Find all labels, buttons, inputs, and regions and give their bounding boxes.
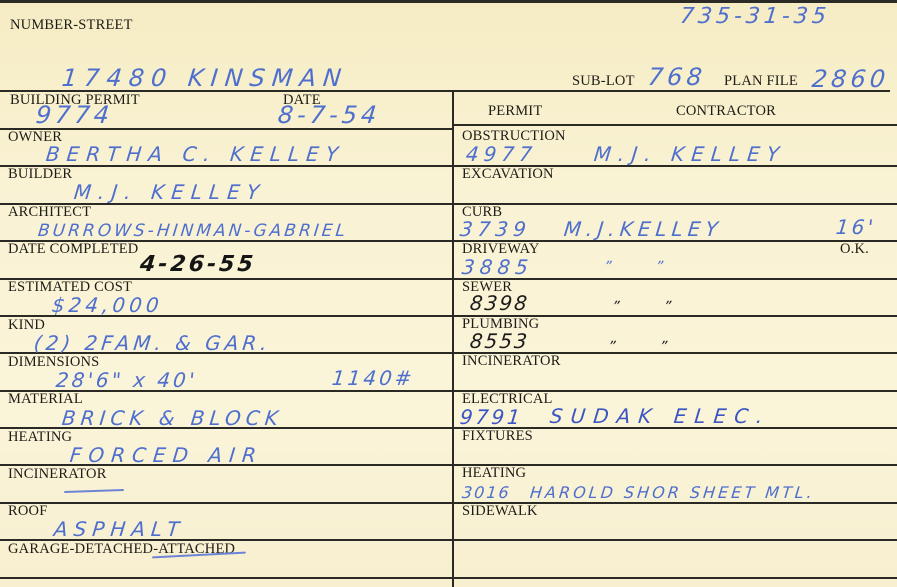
kind-value: (2) 2FAM. & GAR. bbox=[33, 332, 272, 354]
owner-value: BERTHA C. KELLEY bbox=[45, 143, 346, 165]
roof-value: ASPHALT bbox=[53, 518, 186, 540]
date-completed-value: 4-26-55 bbox=[139, 254, 257, 276]
rule-line bbox=[0, 278, 897, 280]
permit-card: NUMBER-STREET 735-31-35 17480 KINSMAN SU… bbox=[0, 0, 897, 587]
reference-number: 735-31-35 bbox=[679, 6, 831, 28]
number-street-label: NUMBER-STREET bbox=[10, 17, 133, 33]
architect-label: ARCHITECT bbox=[8, 204, 91, 220]
column-divider bbox=[452, 90, 454, 587]
plumbing-permit: 8553 bbox=[469, 330, 530, 352]
sub-lot-label: SUB-LOT bbox=[572, 73, 635, 89]
plan-file-value: 2860 bbox=[811, 68, 890, 90]
date-value: 8-7-54 bbox=[277, 104, 382, 126]
material-value: BRICK & BLOCK bbox=[61, 407, 284, 429]
builder-label: BUILDER bbox=[8, 166, 72, 182]
address-value: 17480 KINSMAN bbox=[61, 67, 349, 89]
material-label: MATERIAL bbox=[8, 391, 83, 407]
heating-value: FORCED AIR bbox=[69, 444, 264, 466]
blank-dash-mark bbox=[64, 489, 124, 493]
obstruction-contractor: M.J. KELLEY bbox=[593, 143, 787, 165]
sewer-contractor-ditto: ” ” bbox=[611, 296, 692, 318]
roof-label: ROOF bbox=[8, 503, 47, 519]
rule-line bbox=[0, 577, 897, 579]
plan-file-label: PLAN FILE bbox=[724, 73, 798, 89]
driveway-note: O.K. bbox=[840, 241, 869, 257]
plumbing-contractor-ditto: ” ” bbox=[607, 336, 688, 358]
sewer-permit: 8398 bbox=[469, 292, 530, 314]
curb-note: 16' bbox=[835, 216, 877, 238]
dimensions-weight-value: 1140# bbox=[331, 367, 416, 389]
heating-permit: 3016 bbox=[461, 482, 512, 504]
date-completed-label: DATE COMPLETED bbox=[8, 241, 138, 257]
driveway-permit: 3885 bbox=[461, 256, 534, 278]
electrical-contractor: SUDAK ELEC. bbox=[549, 405, 772, 427]
sidewalk-label: SIDEWALK bbox=[462, 503, 538, 519]
obstruction-permit: 4977 bbox=[465, 143, 538, 165]
incinerator-permit-label: INCINERATOR bbox=[462, 353, 561, 369]
driveway-contractor-ditto: ” ” bbox=[603, 256, 684, 278]
curb-contractor: M.J.KELLEY bbox=[563, 218, 724, 240]
estimated-cost-value: $24,000 bbox=[51, 294, 164, 316]
electrical-permit: 9791 bbox=[459, 406, 524, 428]
heating-label: HEATING bbox=[8, 429, 72, 445]
fixtures-label: FIXTURES bbox=[462, 428, 533, 444]
permit-column-header: PERMIT bbox=[488, 103, 542, 119]
building-permit-value: 9774 bbox=[35, 104, 114, 126]
heating-contractor: HAROLD SHOR SHEET MTL. bbox=[529, 482, 816, 504]
dimensions-value: 28'6" x 40' bbox=[55, 369, 199, 391]
rule-line bbox=[452, 124, 897, 126]
heating-permit-label: HEATING bbox=[462, 465, 526, 481]
sub-lot-value: 768 bbox=[647, 66, 707, 88]
incinerator-label: INCINERATOR bbox=[8, 466, 107, 482]
builder-value: M.J. KELLEY bbox=[73, 181, 267, 203]
architect-value: BURROWS-HINMAN-GABRIEL bbox=[37, 220, 349, 242]
curb-permit: 3739 bbox=[459, 218, 532, 240]
excavation-label: EXCAVATION bbox=[462, 166, 554, 182]
contractor-column-header: CONTRACTOR bbox=[676, 103, 776, 119]
